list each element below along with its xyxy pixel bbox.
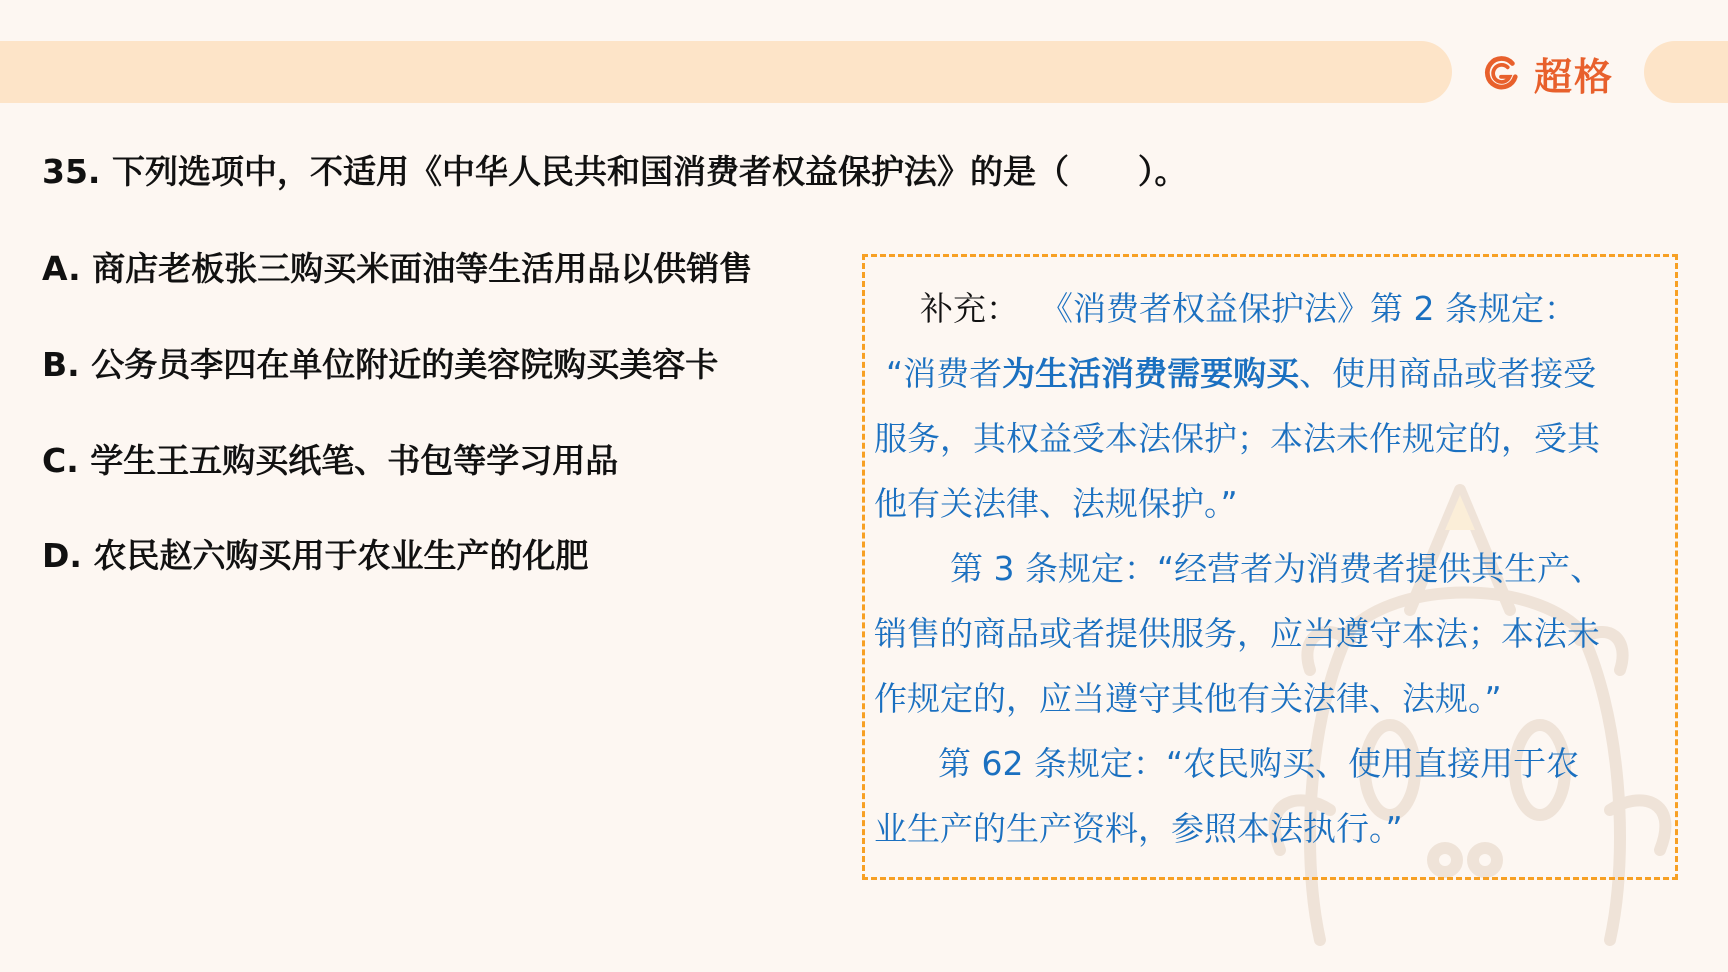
- header-band-left: [0, 41, 1452, 103]
- supplement-line-5: 第 3 条规定：“经营者为消费者提供其生产、: [950, 543, 1603, 590]
- option-letter: D.: [42, 536, 82, 575]
- brand-logo: 超格: [1482, 48, 1614, 98]
- supplement-line-3: 服务，其权益受本法保护；本法未作规定的，受其: [874, 413, 1600, 460]
- supplement-text: 作规定的，应当遵守其他有关法律、法规。”: [874, 679, 1502, 718]
- supplement-highlight: 为生活消费需要购买: [1002, 354, 1299, 393]
- option-letter: A.: [42, 249, 81, 288]
- header-band-right: [1644, 41, 1728, 103]
- supplement-text: 销售的商品或者提供服务，应当遵守本法；本法未: [874, 614, 1600, 653]
- option-letter: B.: [42, 345, 80, 384]
- option-text: 学生王五购买纸笔、书包等学习用品: [90, 441, 618, 480]
- supplement-text: 业生产的生产资料，参照本法执行。”: [874, 809, 1403, 848]
- option-text: 商店老板张三购买米面油等生活用品以供销售: [92, 249, 752, 288]
- supplement-text: 、使用商品或者接受: [1299, 354, 1596, 393]
- option-text: 公务员李四在单位附近的美容院购买美容卡: [91, 345, 718, 384]
- option-d: D. 农民赵六购买用于农业生产的化肥: [42, 530, 588, 577]
- supplement-line-9: 业生产的生产资料，参照本法执行。”: [874, 803, 1403, 850]
- option-c: C. 学生王五购买纸笔、书包等学习用品: [42, 435, 618, 482]
- option-b: B. 公务员李四在单位附近的美容院购买美容卡: [42, 339, 718, 386]
- option-text: 农民赵六购买用于农业生产的化肥: [93, 536, 588, 575]
- brand-name: 超格: [1534, 46, 1614, 101]
- supplement-text: 第 62 条规定：“农民购买、使用直接用于农: [938, 744, 1579, 783]
- supplement-text: “消费者: [886, 354, 1002, 393]
- supplement-line-7: 作规定的，应当遵守其他有关法律、法规。”: [874, 673, 1502, 720]
- supplement-label: 补充：: [920, 289, 1019, 328]
- option-letter: C.: [42, 441, 79, 480]
- supplement-text: 服务，其权益受本法保护；本法未作规定的，受其: [874, 419, 1600, 458]
- supplement-text: 第 3 条规定：“经营者为消费者提供其生产、: [950, 549, 1603, 588]
- question-number: 35.: [42, 152, 100, 191]
- question-text: 下列选项中，不适用《中华人民共和国消费者权益保护法》的是（ ）。: [112, 152, 1187, 191]
- option-a: A. 商店老板张三购买米面油等生活用品以供销售: [42, 243, 752, 290]
- brand-g-icon: [1482, 54, 1520, 92]
- supplement-line-4: 他有关法律、法规保护。”: [874, 478, 1238, 525]
- supplement-text: 《消费者权益保护法》第 2 条规定：: [1040, 289, 1577, 328]
- supplement-line-2: “消费者为生活消费需要购买、使用商品或者接受: [886, 348, 1596, 395]
- supplement-line-1: 补充： 《消费者权益保护法》第 2 条规定：: [920, 283, 1577, 330]
- question-stem: 35. 下列选项中，不适用《中华人民共和国消费者权益保护法》的是（ ）。: [42, 146, 1187, 193]
- supplement-text: 他有关法律、法规保护。”: [874, 484, 1238, 523]
- supplement-line-6: 销售的商品或者提供服务，应当遵守本法；本法未: [874, 608, 1600, 655]
- supplement-line-8: 第 62 条规定：“农民购买、使用直接用于农: [938, 738, 1579, 785]
